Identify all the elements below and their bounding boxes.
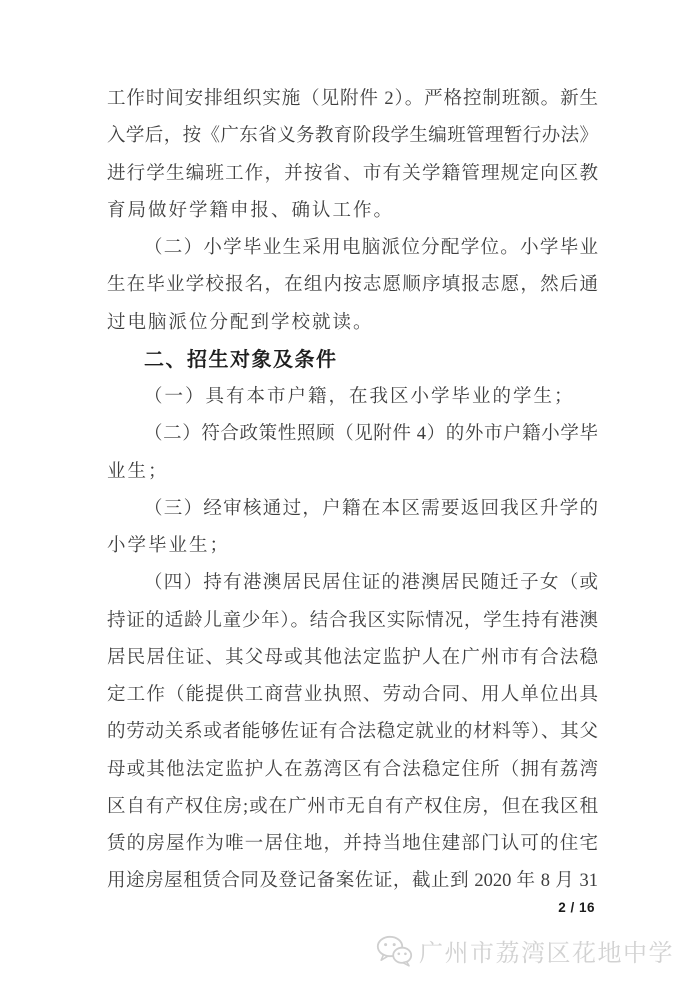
text-line: （二）符合政策性照顾（见附件 4）的外市户籍小学毕 bbox=[107, 416, 598, 453]
account-name: 广州市荔湾区花地中学 bbox=[419, 933, 674, 968]
text-line: 的劳动关系或者能够佐证有合法稳定就业的材料等）、其父 bbox=[107, 714, 598, 751]
text-line: 工作时间安排组织实施（见附件 2）。严格控制班额。新生 bbox=[107, 81, 598, 118]
text-line: 进行学生编班工作，并按省、市有关学籍管理规定向区教 bbox=[107, 156, 598, 193]
text-line: 持证的适龄儿童少年）。结合我区实际情况，学生持有港澳 bbox=[107, 603, 598, 640]
text-line: 育局做好学籍申报、确认工作。 bbox=[107, 193, 598, 230]
text-line: 过电脑派位分配到学校就读。 bbox=[107, 305, 598, 342]
text-line: （四）持有港澳居民居住证的港澳居民随迁子女（或 bbox=[107, 565, 598, 602]
text-line: 居民居住证、其父母或其他法定监护人在广州市有合法稳 bbox=[107, 640, 598, 677]
text-line: 入学后，按《广东省义务教育阶段学生编班管理暂行办法》 bbox=[107, 118, 598, 155]
document-page: 工作时间安排组织实施（见附件 2）。严格控制班额。新生入学后，按《广东省义务教育… bbox=[0, 0, 700, 989]
text-line: 业生； bbox=[107, 454, 598, 491]
account-watermark: 广州市荔湾区花地中学 bbox=[376, 933, 674, 968]
text-line: 赁的房屋作为唯一居住地，并持当地住建部门认可的住宅 bbox=[107, 826, 598, 863]
section-heading: 二、招生对象及条件 bbox=[107, 342, 598, 379]
text-line: （三）经审核通过，户籍在本区需要返回我区升学的 bbox=[107, 491, 598, 528]
text-line: （一）具有本市户籍，在我区小学毕业的学生； bbox=[107, 379, 598, 416]
text-line: 定工作（能提供工商营业执照、劳动合同、用人单位出具 bbox=[107, 677, 598, 714]
text-line: （二）小学毕业生采用电脑派位分配学位。小学毕业 bbox=[107, 230, 598, 267]
text-line: 小学毕业生； bbox=[107, 528, 598, 565]
text-line: 用途房屋租赁合同及登记备案佐证，截止到 2020 年 8 月 31 bbox=[107, 863, 598, 900]
text-line: 母或其他法定监护人在荔湾区有合法稳定住所（拥有荔湾 bbox=[107, 752, 598, 789]
text-line: 区自有产权住房;或在广州市无自有产权住房，但在我区租 bbox=[107, 789, 598, 826]
wechat-icon bbox=[376, 935, 413, 967]
document-body: 工作时间安排组织实施（见附件 2）。严格控制班额。新生入学后，按《广东省义务教育… bbox=[107, 81, 598, 901]
page-number: 2 / 16 bbox=[558, 900, 595, 915]
text-line: 生在毕业学校报名，在组内按志愿顺序填报志愿，然后通 bbox=[107, 267, 598, 304]
